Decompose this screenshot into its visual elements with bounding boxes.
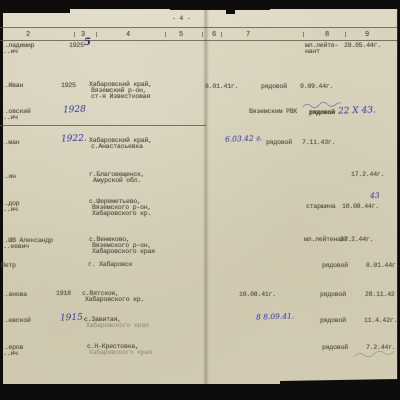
handwritten-enlist-date: 8 8.09.41. (256, 311, 294, 321)
row-name: ..ич (3, 350, 18, 357)
handwritten-birth-year: 1922. (61, 134, 87, 145)
row-birthplace: с.Анастасьевка (91, 143, 143, 150)
row-birthplace: ст-я Известковая (91, 93, 150, 100)
page-fold-crease (203, 0, 209, 400)
column-number-5: 5 (179, 31, 183, 39)
row-name: ..ич (3, 48, 18, 55)
row-loss-date: 9.09.44г. (300, 83, 333, 90)
row-rank: старшина (306, 203, 336, 210)
handwritten-loss-date: 22 X 43. (338, 105, 376, 116)
row-rank: рядовой (309, 109, 335, 116)
page-number: - 4 - (172, 15, 191, 22)
row-rank: рядовой (261, 83, 287, 90)
row-enlist-date: 6.01.41г. (205, 83, 238, 90)
column-divider (96, 32, 97, 37)
row-rank: рядовой (320, 291, 346, 298)
column-divider (202, 32, 203, 37)
row-rank: рядовой (322, 344, 348, 351)
column-divider (345, 32, 346, 37)
row-birth-year: 1918 (56, 290, 71, 297)
row-name: ..ман (1, 139, 20, 146)
row-birthplace: Амурской обл. (93, 177, 141, 184)
handwritten-birth-year: 1915. (60, 313, 86, 324)
column-number-7: 7 (246, 31, 250, 39)
column-divider (74, 32, 75, 37)
row-name: ..ич (3, 206, 18, 213)
row-birthplace: Хабаровского края (89, 349, 152, 356)
row-rank: рядовой (322, 262, 348, 269)
pencil-scribble (352, 347, 396, 361)
table-rule-top (0, 27, 397, 28)
document-page (3, 0, 398, 400)
row-birthplace: г. Хабаровск (88, 261, 132, 268)
row-enlist-office: Вяземским РВК (249, 108, 297, 115)
row-name: ..ич (3, 114, 18, 121)
row-loss-date: 11.4.42г. (364, 317, 397, 324)
row-loss-date: 27.2.44г. (340, 236, 373, 243)
row-birth-year: 1925 (69, 42, 84, 49)
row-name: ..евской (1, 317, 31, 324)
row-birthplace: Хабаровского края (86, 322, 149, 329)
column-number-9: 9 (365, 31, 369, 39)
row-name: ..еевич (3, 243, 29, 250)
handwritten-birth-year: 1928 (63, 105, 86, 116)
row-loss-date: 28.11.42 (365, 291, 395, 298)
row-birth-year: 1925 (61, 82, 76, 89)
column-divider (221, 32, 222, 37)
row-loss-date: 7.11.43г. (302, 139, 335, 146)
scan-border-top-bump (0, 0, 70, 13)
column-number-6: 6 (212, 31, 216, 39)
column-divider (303, 32, 304, 37)
row-enlist-date: 10.08.41г. (239, 291, 276, 298)
column-divider (165, 32, 166, 37)
row-name: Петр (1, 262, 16, 269)
row-loss-date: 10.08.44г. (342, 203, 379, 210)
row-birthplace: Хабаровского кр. (92, 210, 151, 217)
row-rank: нант (305, 48, 320, 55)
row-loss-date: 28.05.44г. (344, 42, 381, 49)
row-loss-date: 17.2.44г. (351, 171, 384, 178)
handwritten-year-note: 43 (370, 191, 380, 200)
scan-border-top-bump2 (170, 0, 270, 10)
row-birthplace: Хабаровского края (92, 248, 155, 255)
handwritten-enlist-date: 6.03.42 г. (225, 133, 262, 143)
scan-border-top-notch (226, 0, 235, 14)
column-number-2: 2 (26, 31, 30, 39)
row-birthplace: Хабаровского кр. (85, 296, 144, 303)
row-name: ..Иван (1, 82, 23, 89)
scanned-document: - 4 - 2 3 4 5 6 7 8 9 ..ладимир ..ич 192… (0, 0, 400, 400)
row-rank: рядовой (320, 317, 346, 324)
table-rule-header-bottom (0, 40, 397, 41)
row-name: ..анова (1, 291, 27, 298)
column-number-8: 8 (325, 31, 329, 39)
row-name: ..ин (1, 173, 16, 180)
row-rank: рядовой (266, 139, 292, 146)
table-rule-section (0, 125, 206, 126)
row-loss-date: 8.01.44г. (366, 262, 399, 269)
column-number-4: 4 (126, 31, 130, 39)
handwritten-year-correction: 5 (84, 37, 91, 48)
